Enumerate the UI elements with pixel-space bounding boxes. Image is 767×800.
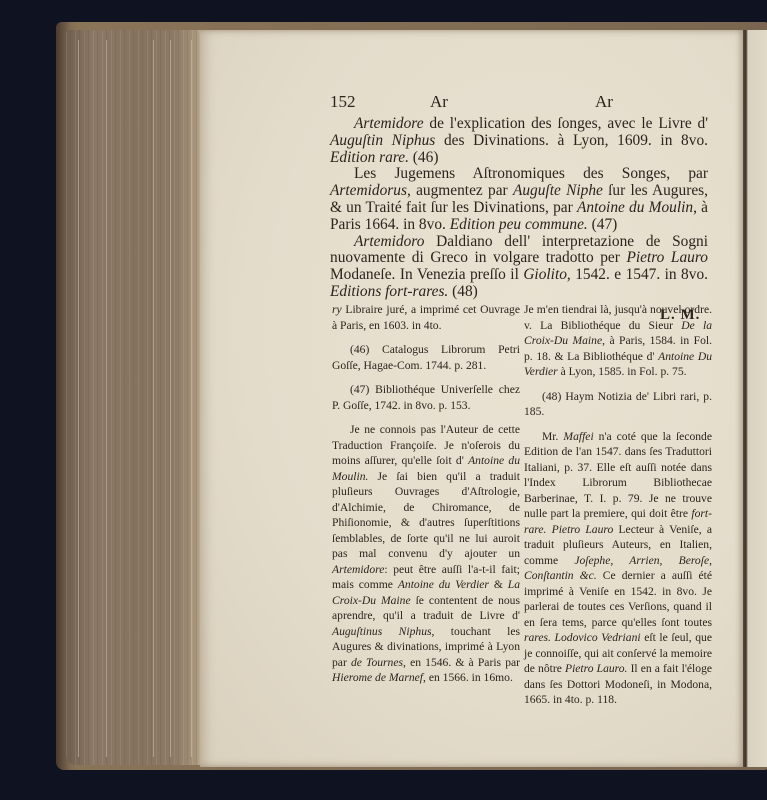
text-run: Libraire juré, a imprimé cet Ouvrage à P… [332,303,520,332]
page-edge-line [191,40,192,757]
text-run: Je ſai bien qu'il a traduit pluſieurs Ou… [332,470,520,561]
page-edge-line [78,40,79,757]
footnote: Mr. Maffei n'a coté que la ſeconde Editi… [524,429,712,708]
italic-text: Antoine du Verdier [398,578,489,591]
text-run: (46) Catalogus Librorum Petri Goſſe, Hag… [332,343,520,372]
bibliography-entry: Les Jugemens Aſtronomiques des Songes, p… [330,166,708,233]
italic-text: Artemidorus [330,182,407,199]
running-head-left: Ar [430,92,448,112]
bibliography-entry: Artemidoro Daldiano dell' interpretazion… [330,234,708,301]
page-edge-line [170,40,171,757]
text-run: (48) Haym Notizia de' Libri rari, p. 185… [524,390,712,419]
italic-text: Antoine du Moulin [577,199,693,216]
footnote: (46) Catalogus Librorum Petri Goſſe, Hag… [332,342,520,373]
text-run: Modaneſe. In Venezia preſſo il [330,266,523,283]
italic-text: Auguſtin Niphus [330,132,435,149]
bibliography-entries: Artemidore de l'explication des ſonges, … [330,116,708,301]
text-run: des Divinations. à Lyon, 1609. in 8vo. [435,132,708,149]
footnotes-right-column: Je m'en tiendrai là, jusqu'à nouvel ordr… [524,302,712,708]
running-head-right: Ar [595,92,613,112]
text-run: & [489,578,508,591]
italic-text: ry [332,303,342,316]
text-run: Mr. [542,430,563,443]
text-run: , en 1566. in 16mo. [423,671,513,684]
italic-text: Editions fort-rares. [330,283,448,300]
footnote: (48) Haym Notizia de' Libri rari, p. 185… [524,389,712,420]
text-run: (47) [588,216,618,233]
page-edge-line [153,40,154,757]
italic-text: Hierome de Marnef [332,671,423,684]
italic-text: Artemidoro [354,233,424,250]
page-edge-line [106,40,107,757]
text-run: , en 1546. & à Paris par [403,656,520,669]
italic-text: Pietro Lauro. [565,662,627,675]
text-run: de l'explication des ſonges, avec le Liv… [424,115,708,132]
footnote: Je ne connois pas l'Auteur de cette Trad… [332,422,520,686]
text-run: n'a coté que la ſeconde Edition de l'an … [524,430,712,521]
bibliography-entry: Artemidore de l'explication des ſonges, … [330,116,708,166]
page-stack-fore-edge [66,30,202,765]
italic-text: Pietro Lauro [626,249,708,266]
italic-text: Giolito [523,266,567,283]
italic-text: Maffei [563,430,593,443]
text-run: , augmentez par [407,182,513,199]
facing-page-edge [743,30,767,767]
italic-text: rares. Lodovico Vedriani [524,631,641,644]
footnotes-left-column: ry Libraire juré, a imprimé cet Ouvrage … [332,302,520,686]
italic-text: Edition rare. [330,149,409,166]
text-run: , 1542. e 1547. in 8vo. [567,266,708,283]
text-run: Les Jugemens Aſtronomiques des Songes, p… [354,165,708,182]
footnote: ry Libraire juré, a imprimé cet Ouvrage … [332,302,520,333]
running-head: 152 Ar Ar [330,92,730,112]
text-run: (47) Bibliothéque Univerſelle chez P. Go… [332,383,520,412]
italic-text: de Tournes [351,656,403,669]
italic-text: Auguſtinus Niphus [332,625,432,638]
italic-text: Auguſte Niphe [513,182,603,199]
italic-text: Edition peu commune. [450,216,588,233]
page-number: 152 [330,92,356,112]
text-run: (46) [409,149,439,166]
footnote: Je m'en tiendrai là, jusqu'à nouvel ordr… [524,302,712,380]
italic-text: Artemidore [354,115,424,132]
footnote: (47) Bibliothéque Univerſelle chez P. Go… [332,382,520,413]
text-run: à Lyon, 1585. in Fol. p. 75. [558,365,687,378]
italic-text: Artemidore [332,563,384,576]
text-run: (48) [448,283,478,300]
